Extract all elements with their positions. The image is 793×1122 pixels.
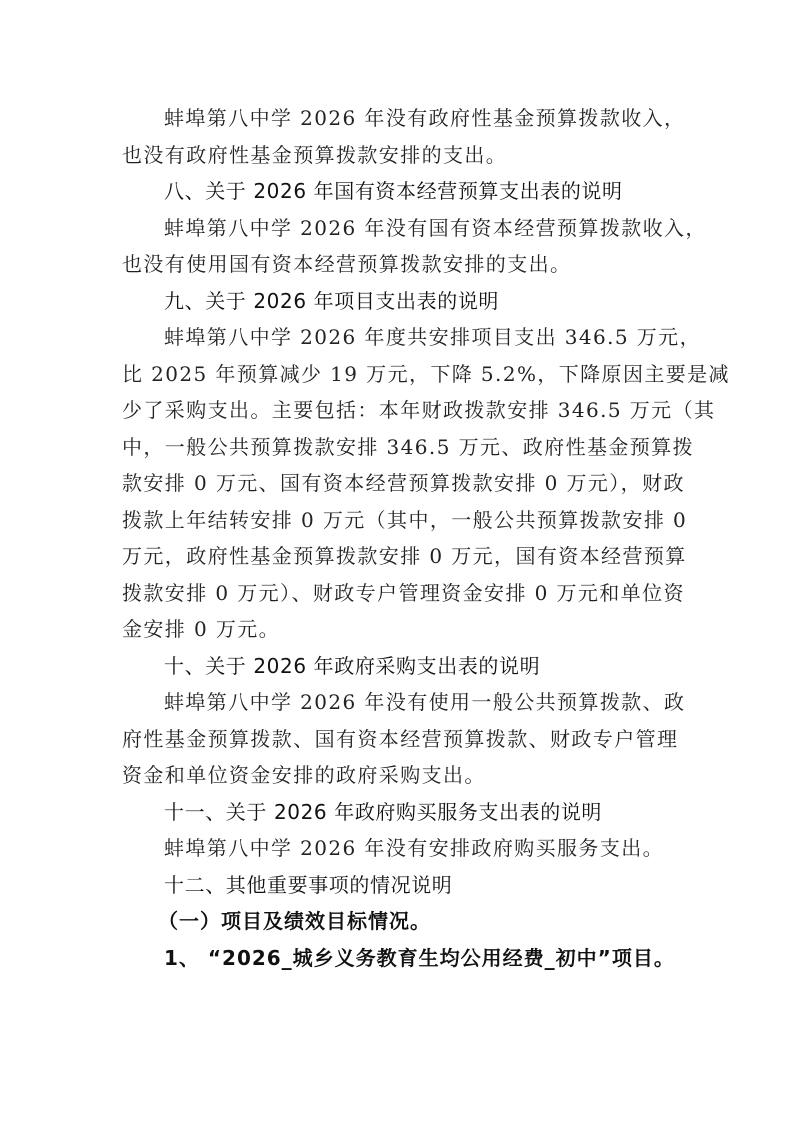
section-heading-12: 十二、其他重要事项的情况说明 [122, 867, 682, 904]
paragraph-line: 少了采购支出。主要包括：本年财政拨款安排 346.5 万元（其 [122, 392, 682, 429]
paragraph-line: 比 2025 年预算减少 19 万元，下降 5.2%，下降原因主要是减 [122, 356, 682, 393]
paragraph-line: 府性基金预算拨款、国有资本经营预算拨款、财政专户管理 [122, 721, 682, 758]
paragraph-line: 资金和单位资金安排的政府采购支出。 [122, 757, 682, 794]
section-heading-10: 十、关于 2026 年政府采购支出表的说明 [122, 648, 682, 685]
paragraph-line: 也没有使用国有资本经营预算拨款安排的支出。 [122, 246, 682, 283]
paragraph-line: 蚌埠第八中学 2026 年度共安排项目支出 346.5 万元， [122, 319, 682, 356]
section-heading-8: 八、关于 2026 年国有资本经营预算支出表的说明 [122, 173, 682, 210]
paragraph-line: 金安排 0 万元。 [122, 611, 682, 648]
document-page: 蚌埠第八中学 2026 年没有政府性基金预算拨款收入， 也没有政府性基金预算拨款… [0, 0, 793, 1122]
paragraph-line: 万元，政府性基金预算拨款安排 0 万元，国有资本经营预算 [122, 538, 682, 575]
item-heading: 1、 “2026_城乡义务教育生均公用经费_初中”项目。 [122, 940, 682, 977]
paragraph-line: 拨款安排 0 万元）、财政专户管理资金安排 0 万元和单位资 [122, 575, 682, 612]
paragraph-line: 蚌埠第八中学 2026 年没有政府性基金预算拨款收入， [122, 100, 682, 137]
paragraph-line: 拨款上年结转安排 0 万元（其中，一般公共预算拨款安排 0 [122, 502, 682, 539]
paragraph-line: 中，一般公共预算拨款安排 346.5 万元、政府性基金预算拨 [122, 429, 682, 466]
paragraph-line: 蚌埠第八中学 2026 年没有使用一般公共预算拨款、政 [122, 684, 682, 721]
paragraph-line: 也没有政府性基金预算拨款安排的支出。 [122, 137, 682, 174]
document-body: 蚌埠第八中学 2026 年没有政府性基金预算拨款收入， 也没有政府性基金预算拨款… [122, 100, 682, 976]
paragraph-line: 款安排 0 万元、国有资本经营预算拨款安排 0 万元），财政 [122, 465, 682, 502]
section-heading-11: 十一、关于 2026 年政府购买服务支出表的说明 [122, 794, 682, 831]
subsection-heading: （一）项目及绩效目标情况。 [122, 903, 682, 940]
paragraph-line: 蚌埠第八中学 2026 年没有安排政府购买服务支出。 [122, 830, 682, 867]
paragraph-line: 蚌埠第八中学 2026 年没有国有资本经营预算拨款收入， [122, 210, 682, 247]
section-heading-9: 九、关于 2026 年项目支出表的说明 [122, 283, 682, 320]
